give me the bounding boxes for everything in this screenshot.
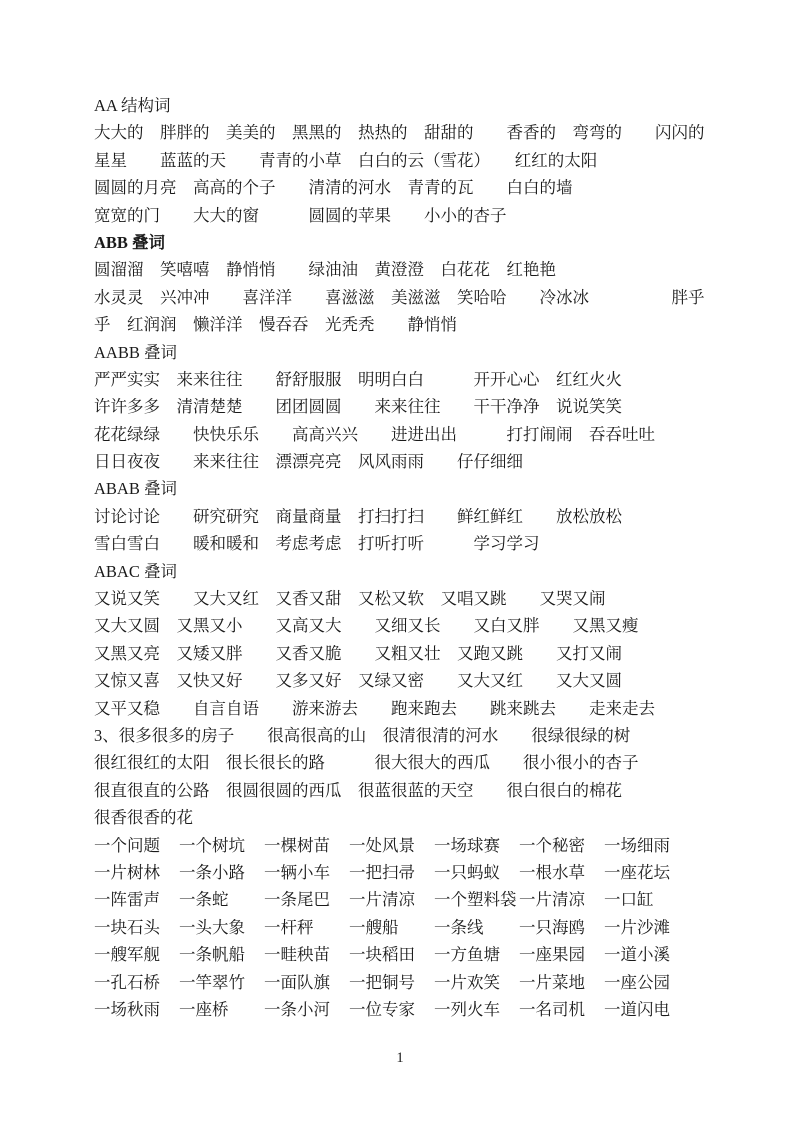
measure-item: 一棵树苗 <box>264 832 349 859</box>
text-line: 又惊又喜 又快又好 又多又好 又绿又密 又大又红 又大又圆 <box>94 667 754 694</box>
text-line: 圆溜溜 笑嘻嘻 静悄悄 绿油油 黄澄澄 白花花 红艳艳 <box>94 256 754 283</box>
measure-item: 一条小路 <box>179 859 264 886</box>
measure-item: 一个问题 <box>94 832 179 859</box>
measure-word-row: 一个问题 一个树坑 一棵树苗 一处风景 一场球赛 一个秘密 一场细雨 <box>94 832 754 859</box>
measure-item: 一个树坑 <box>179 832 264 859</box>
measure-item: 一座果园 <box>519 941 604 968</box>
measure-item: 一场细雨 <box>604 832 670 859</box>
document-body: AA 结构词 大大的 胖胖的 美美的 黑黑的 热热的 甜甜的 香香的 弯弯的 闪… <box>94 92 754 1023</box>
text-line: 又大又圆 又黑又小 又高又大 又细又长 又白又胖 又黑又瘦 <box>94 612 754 639</box>
text-line: 大大的 胖胖的 美美的 黑黑的 热热的 甜甜的 香香的 弯弯的 闪闪的 <box>94 119 754 146</box>
measure-item: 一条小河 <box>264 996 349 1023</box>
measure-item: 一名司机 <box>519 996 604 1023</box>
measure-item: 一场球赛 <box>434 832 519 859</box>
measure-item: 一位专家 <box>349 996 434 1023</box>
text-line-hen-phrases: 3、很多很多的房子 很高很高的山 很清很清的河水 很绿很绿的树 <box>94 722 754 749</box>
measure-item: 一个秘密 <box>519 832 604 859</box>
measure-item: 一阵雷声 <box>94 886 179 913</box>
text-line: 又黑又亮 又矮又胖 又香又脆 又粗又壮 又跑又跳 又打又闹 <box>94 640 754 667</box>
measure-item: 一口缸 <box>604 886 654 913</box>
measure-item: 一座公园 <box>604 969 670 996</box>
measure-item: 一竿翠竹 <box>179 969 264 996</box>
text-line-hen-phrases: 很红很红的太阳 很长很长的路 很大很大的西瓜 很小很小的杏子 <box>94 749 754 776</box>
section-header-abab: ABAB 叠词 <box>94 475 754 502</box>
text-line: 星星 蓝蓝的天 青青的小草 白白的云（雪花） 红红的太阳 <box>94 147 754 174</box>
measure-item: 一畦秧苗 <box>264 941 349 968</box>
measure-item: 一只蚂蚁 <box>434 859 519 886</box>
measure-item: 一座花坛 <box>604 859 670 886</box>
measure-item: 一条尾巴 <box>264 886 349 913</box>
measure-item: 一片菜地 <box>519 969 604 996</box>
measure-item: 一艘船 <box>349 914 434 941</box>
text-line: 又平又稳 自言自语 游来游去 跑来跑去 跳来跳去 走来走去 <box>94 695 754 722</box>
measure-item: 一场秋雨 <box>94 996 179 1023</box>
measure-item: 一只海鸥 <box>519 914 604 941</box>
measure-item: 一片树林 <box>94 859 179 886</box>
measure-item: 一把铜号 <box>349 969 434 996</box>
measure-item: 一处风景 <box>349 832 434 859</box>
measure-item: 一片欢笑 <box>434 969 519 996</box>
section-header-aabb: AABB 叠词 <box>94 339 754 366</box>
measure-item: 一片清凉 <box>349 886 434 913</box>
text-line: 严严实实 来来往往 舒舒服服 明明白白 开开心心 红红火火 <box>94 366 754 393</box>
measure-item: 一块石头 <box>94 914 179 941</box>
measure-item: 一条线 <box>434 914 519 941</box>
measure-item: 一根水草 <box>519 859 604 886</box>
text-line: 雪白雪白 暖和暖和 考虑考虑 打听打听 学习学习 <box>94 530 754 557</box>
measure-item: 一孔石桥 <box>94 969 179 996</box>
measure-item: 一道小溪 <box>604 941 670 968</box>
measure-item: 一辆小车 <box>264 859 349 886</box>
measure-item: 一列火车 <box>434 996 519 1023</box>
measure-item: 一面队旗 <box>264 969 349 996</box>
page-number: 1 <box>0 1048 800 1068</box>
measure-item: 一个塑料袋 <box>434 886 519 913</box>
measure-item: 一片沙滩 <box>604 914 670 941</box>
text-line: 圆圆的月亮 高高的个子 清清的河水 青青的瓦 白白的墙 <box>94 174 754 201</box>
text-line: 讨论讨论 研究研究 商量商量 打扫打扫 鲜红鲜红 放松放松 <box>94 503 754 530</box>
measure-word-row: 一场秋雨 一座桥 一条小河 一位专家 一列火车 一名司机 一道闪电 <box>94 996 754 1023</box>
measure-item: 一片清凉 <box>519 886 604 913</box>
measure-item: 一条帆船 <box>179 941 264 968</box>
measure-item: 一头大象 <box>179 914 264 941</box>
text-line: 日日夜夜 来来往往 漂漂亮亮 风风雨雨 仔仔细细 <box>94 448 754 475</box>
measure-item: 一艘军舰 <box>94 941 179 968</box>
measure-item: 一条蛇 <box>179 886 264 913</box>
measure-item: 一方鱼塘 <box>434 941 519 968</box>
measure-item: 一把扫帚 <box>349 859 434 886</box>
measure-word-row: 一艘军舰 一条帆船 一畦秧苗 一块稻田 一方鱼塘 一座果园 一道小溪 <box>94 941 754 968</box>
text-line: 许许多多 清清楚楚 团团圆圆 来来往往 干干净净 说说笑笑 <box>94 393 754 420</box>
section-header-aa: AA 结构词 <box>94 92 754 119</box>
measure-word-row: 一片树林 一条小路 一辆小车 一把扫帚 一只蚂蚁 一根水草 一座花坛 <box>94 859 754 886</box>
measure-item: 一杆秤 <box>264 914 349 941</box>
text-line: 乎 红润润 懒洋洋 慢吞吞 光秃秃 静悄悄 <box>94 311 754 338</box>
text-line: 花花绿绿 快快乐乐 高高兴兴 进进出出 打打闹闹 吞吞吐吐 <box>94 421 754 448</box>
section-header-abac: ABAC 叠词 <box>94 558 754 585</box>
section-header-abb: ABB 叠词 <box>94 229 754 256</box>
text-line-hen-phrases: 很香很香的花 <box>94 804 754 831</box>
measure-item: 一块稻田 <box>349 941 434 968</box>
text-line: 宽宽的门 大大的窗 圆圆的苹果 小小的杏子 <box>94 202 754 229</box>
measure-item: 一道闪电 <box>604 996 670 1023</box>
measure-item: 一座桥 <box>179 996 264 1023</box>
text-line: 水灵灵 兴冲冲 喜洋洋 喜滋滋 美滋滋 笑哈哈 冷冰冰 胖乎 <box>94 284 754 311</box>
measure-word-row: 一孔石桥 一竿翠竹 一面队旗 一把铜号 一片欢笑 一片菜地 一座公园 <box>94 969 754 996</box>
text-line: 又说又笑 又大又红 又香又甜 又松又软 又唱又跳 又哭又闹 <box>94 585 754 612</box>
measure-word-row: 一块石头 一头大象 一杆秤 一艘船 一条线 一只海鸥 一片沙滩 <box>94 914 754 941</box>
text-line-hen-phrases: 很直很直的公路 很圆很圆的西瓜 很蓝很蓝的天空 很白很白的棉花 <box>94 777 754 804</box>
measure-word-row: 一阵雷声 一条蛇 一条尾巴 一片清凉 一个塑料袋 一片清凉 一口缸 <box>94 886 754 913</box>
